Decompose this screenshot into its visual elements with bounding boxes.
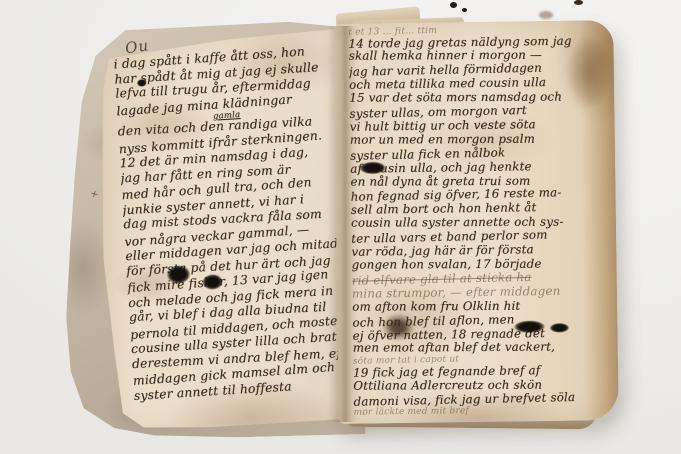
left-page-handwriting: i dag spått i kaffe ått oss, honhar spåd… (113, 43, 359, 420)
stain-speck (574, 0, 583, 5)
left-page: i dag spått i kaffe ått oss, honhar spåd… (90, 29, 363, 434)
stain-speck (462, 8, 467, 12)
margin-mark: + (89, 188, 100, 201)
photo-of-open-handwritten-diary: Ou » + i dag spått i kaffe ått oss, honh… (0, 0, 681, 454)
stain-speck (539, 11, 553, 19)
stain-speck (450, 2, 457, 8)
right-page: t et 13 … fit… ttim14 torde jag gretas n… (333, 20, 619, 424)
right-page-handwriting: t et 13 … fit… ttim14 torde jag gretas n… (348, 24, 607, 420)
